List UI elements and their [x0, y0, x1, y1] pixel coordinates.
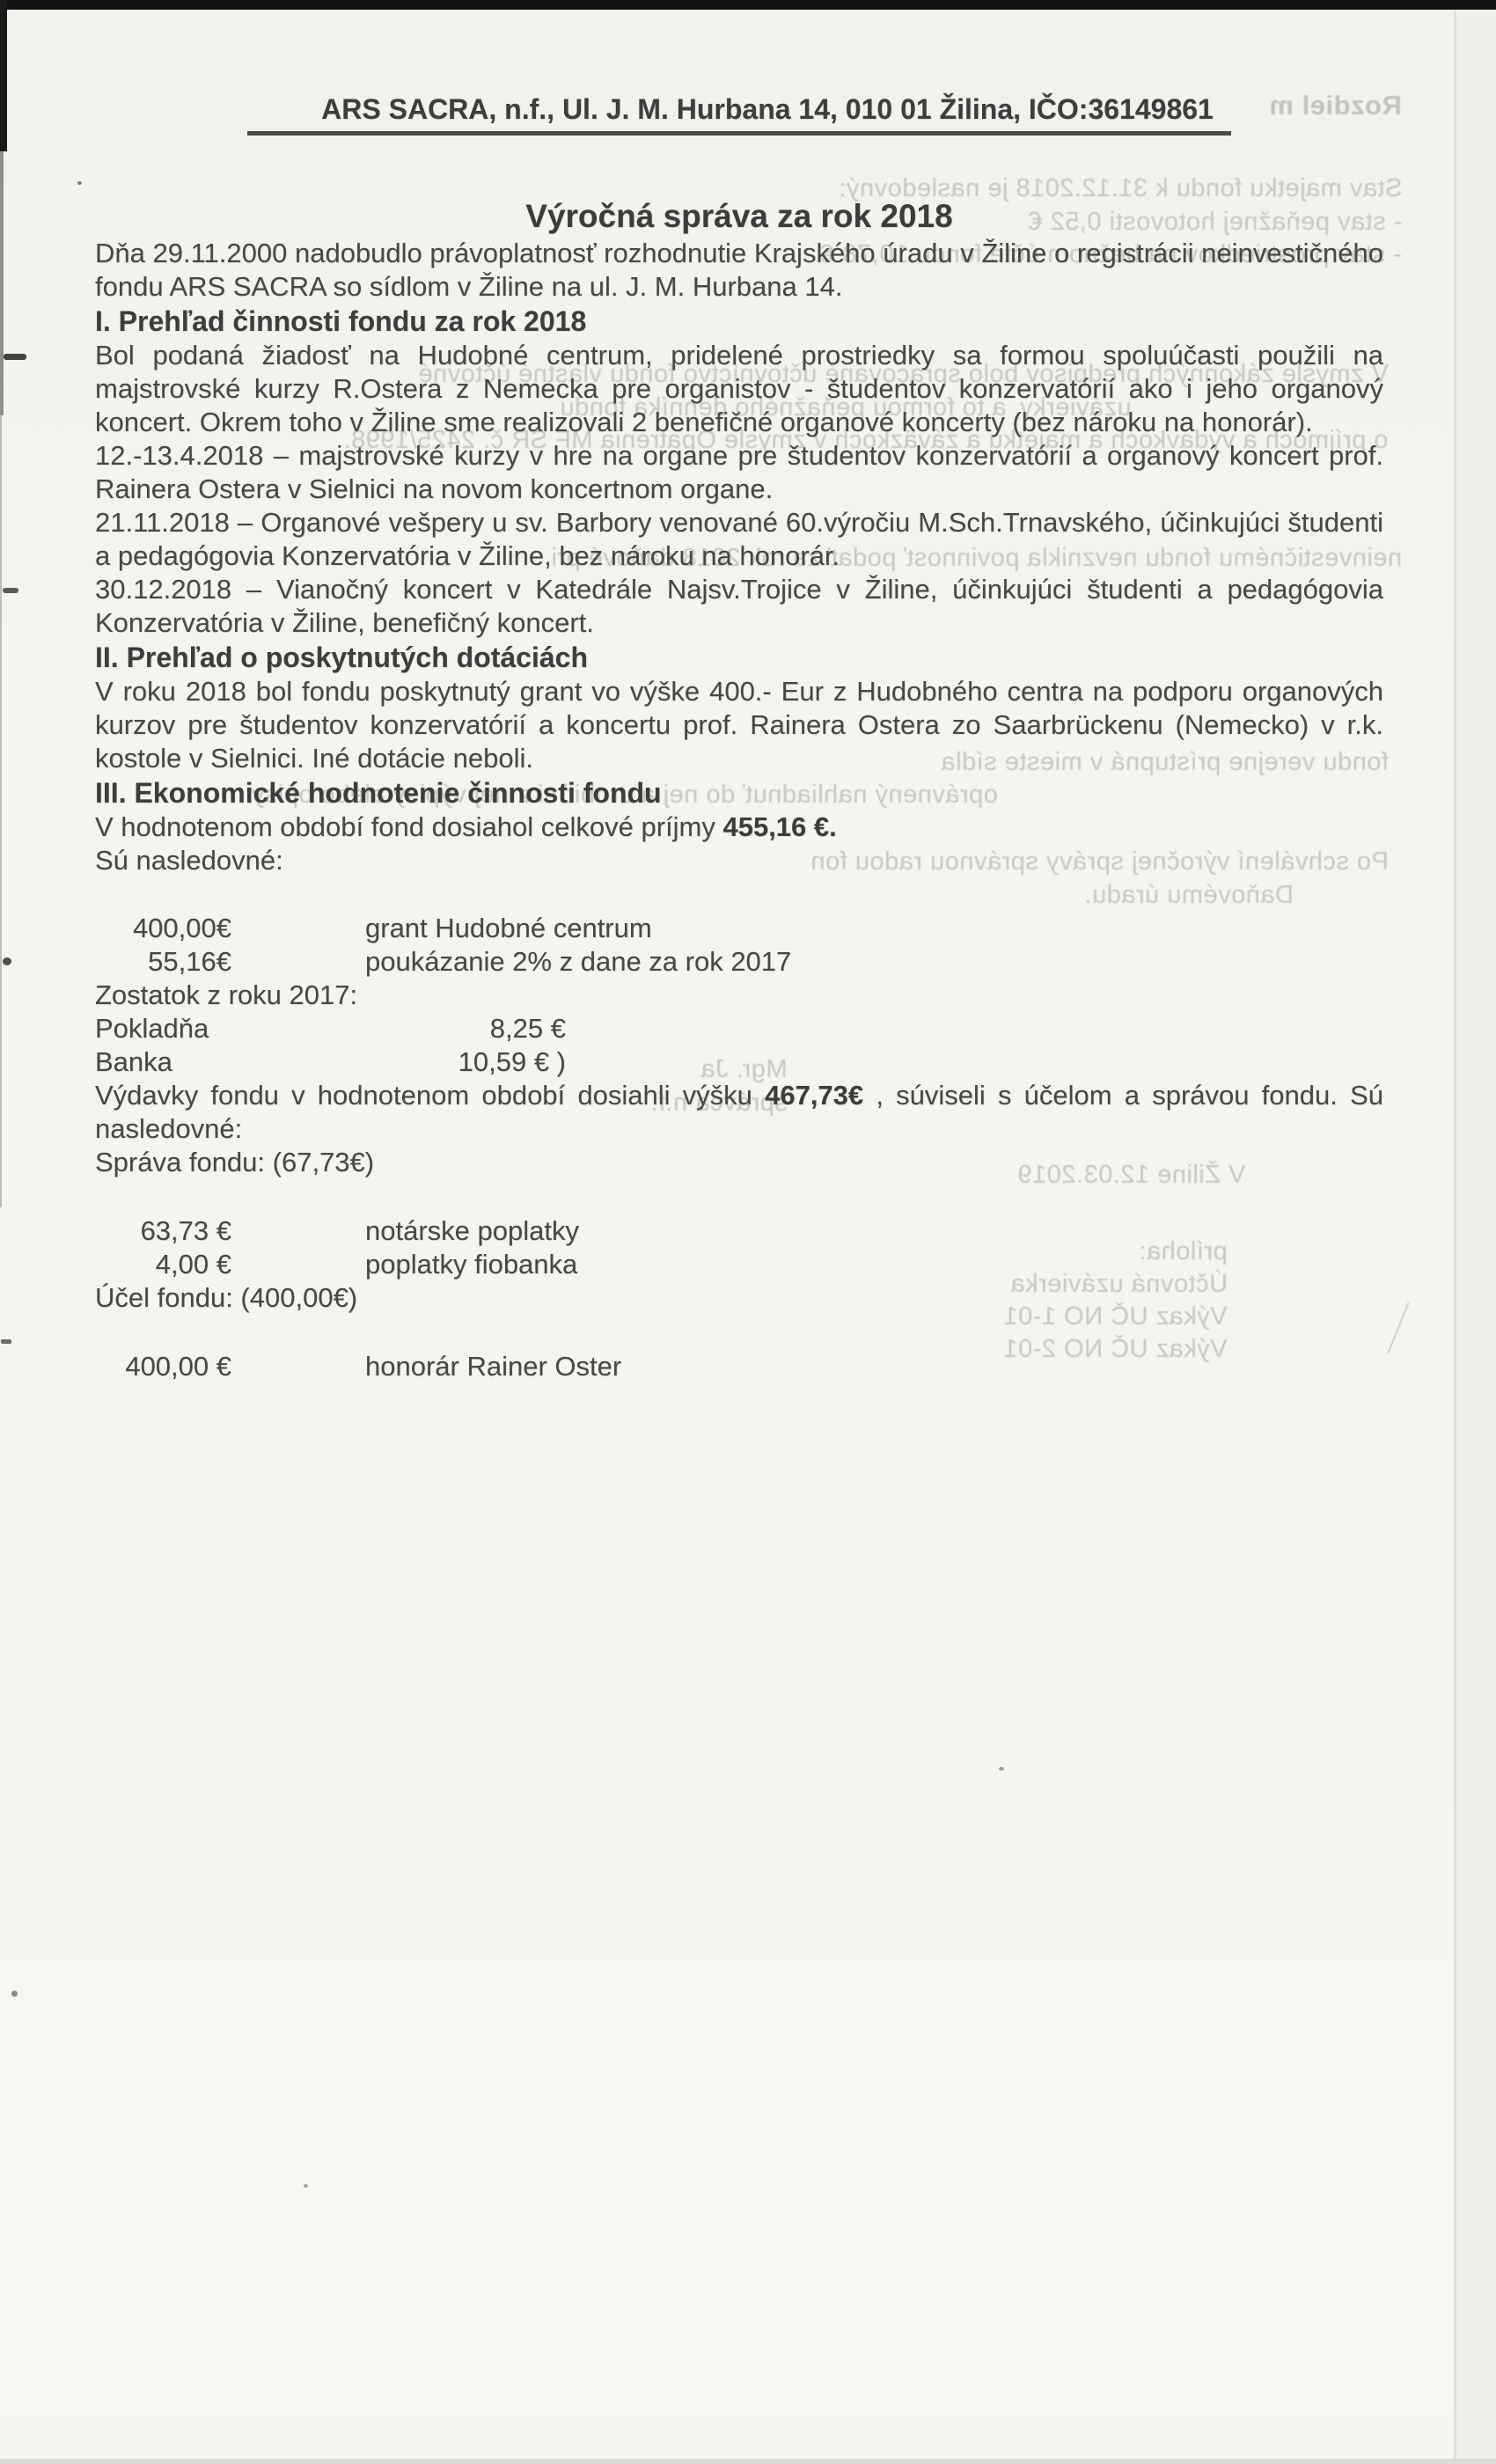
table-row: 400,00€ grant Hudobné centrum: [95, 912, 1383, 945]
expense-summary-text: Výdavky fondu v hodnotenom období dosiah…: [95, 1080, 765, 1111]
balance-title: Zostatok z roku 2017:: [95, 979, 1383, 1012]
document-body: ARS SACRA, n.f., Ul. J. M. Hurbana 14, 0…: [95, 0, 1383, 1383]
income-amount: 55,16€: [95, 945, 231, 979]
expense-total-amount: 467,73€: [765, 1080, 863, 1111]
table-row: 63,73 € notárske poplatky: [95, 1214, 1383, 1248]
income-total-amount: 455,16 €.: [722, 811, 836, 842]
table-row: Banka 10,59 € ): [95, 1045, 1383, 1079]
section-3-heading: III. Ekonomické hodnotenie činnosti fond…: [95, 775, 1383, 810]
table-row: 55,16€ poukázanie 2% z dane za rok 2017: [95, 945, 1383, 979]
admin-amount: 63,73 €: [95, 1214, 231, 1248]
scan-edge-left: [0, 0, 7, 151]
balance-label: Pokladňa: [95, 1012, 394, 1045]
scanned-document-page: { "document": { "header": "ARS SACRA, n.…: [0, 0, 1496, 2464]
intro-paragraph: Dňa 29.11.2000 nadobudlo právoplatnosť r…: [95, 237, 1383, 304]
purpose-amount: 400,00 €: [95, 1350, 231, 1383]
admin-label: notárske poplatky: [365, 1214, 579, 1248]
purpose-table: 400,00 € honorár Rainer Oster: [95, 1350, 1383, 1383]
income-amount: 400,00€: [95, 912, 231, 945]
income-note: Sú nasledovné:: [95, 844, 1383, 877]
scan-speck: [1, 1339, 11, 1344]
balance-table: Pokladňa 8,25 € Banka 10,59 € ): [95, 1012, 1383, 1079]
scan-edge-bottom: [0, 2459, 1496, 2464]
scan-speck: [11, 1991, 18, 1997]
report-title: Výročná správa za rok 2018: [95, 196, 1383, 237]
scan-speck: [304, 2184, 308, 2188]
admin-amount: 4,00 €: [95, 1248, 231, 1281]
table-row: 4,00 € poplatky fiobanka: [95, 1248, 1383, 1281]
grant-paragraph: V roku 2018 bol fondu poskytnutý grant v…: [95, 675, 1383, 775]
expense-summary: Výdavky fondu v hodnotenom období dosiah…: [95, 1079, 1383, 1146]
balance-label: Banka: [95, 1045, 394, 1079]
letterhead: ARS SACRA, n.f., Ul. J. M. Hurbana 14, 0…: [247, 92, 1231, 136]
scan-speck: [3, 957, 11, 965]
admin-label: poplatky fiobanka: [365, 1248, 577, 1281]
scanner-right-band: [1454, 0, 1496, 2464]
event-entry-april: 12.-13.4.2018 – majstrovské kurzy v hre …: [95, 439, 1383, 506]
balance-amount: 8,25 €: [394, 1012, 566, 1045]
letterhead-row: ARS SACRA, n.f., Ul. J. M. Hurbana 14, 0…: [95, 92, 1383, 136]
purpose-label: honorár Rainer Oster: [365, 1350, 621, 1383]
scan-edge-left: [0, 415, 2, 1207]
scan-speck: [3, 588, 18, 593]
income-summary: V hodnotenom období fond dosiahol celkov…: [95, 810, 1383, 844]
event-entry-november: 21.11.2018 – Organové vešpery u sv. Barb…: [95, 506, 1383, 573]
scan-speck: [4, 354, 26, 360]
section-2-heading: II. Prehľad o poskytnutých dotáciách: [95, 640, 1383, 675]
income-label: poukázanie 2% z dane za rok 2017: [365, 945, 791, 979]
scan-speck: [999, 1767, 1004, 1771]
event-entry-december: 30.12.2018 – Vianočný koncert v Katedrál…: [95, 573, 1383, 640]
scan-speck: [77, 181, 82, 185]
admin-costs-title: Správa fondu: (67,73€): [95, 1146, 1383, 1179]
income-table: 400,00€ grant Hudobné centrum 55,16€ pou…: [95, 912, 1383, 979]
table-row: Pokladňa 8,25 €: [95, 1012, 1383, 1045]
purpose-title: Účel fondu: (400,00€): [95, 1281, 1383, 1315]
admin-costs-table: 63,73 € notárske poplatky 4,00 € poplatk…: [95, 1214, 1383, 1281]
table-row: 400,00 € honorár Rainer Oster: [95, 1350, 1383, 1383]
activity-paragraph: Bol podaná žiadosť na Hudobné centrum, p…: [95, 339, 1383, 439]
section-1-heading: I. Prehľad činnosti fondu za rok 2018: [95, 304, 1383, 339]
scan-edge-top: [0, 0, 1496, 10]
scan-edge-left: [0, 151, 4, 415]
income-summary-text: V hodnotenom období fond dosiahol celkov…: [95, 811, 722, 842]
balance-amount: 10,59 € ): [394, 1045, 566, 1079]
income-label: grant Hudobné centrum: [365, 912, 652, 945]
